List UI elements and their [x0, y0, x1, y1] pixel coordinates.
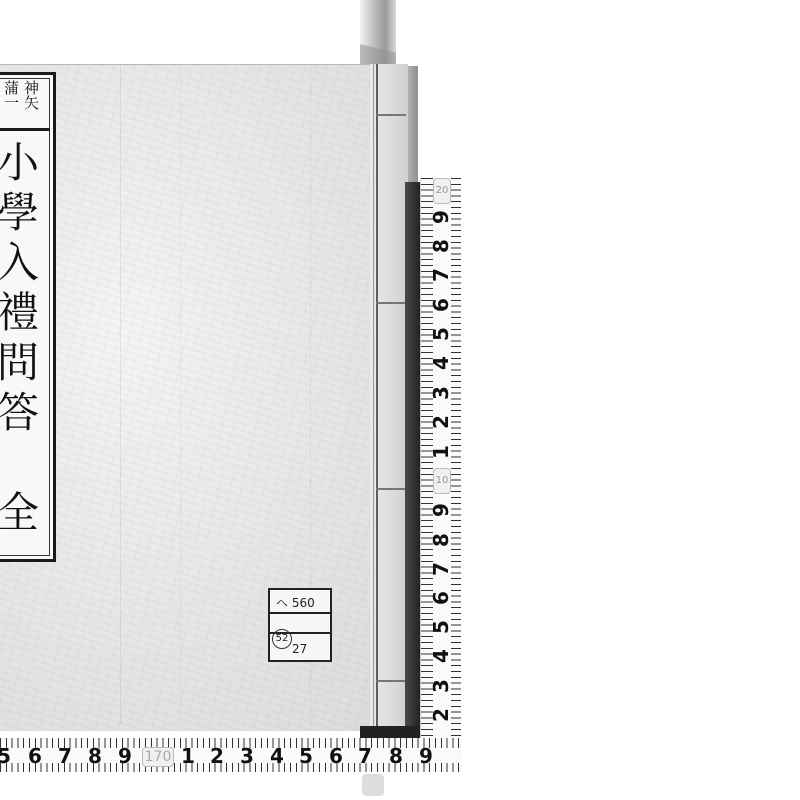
cover-crease	[180, 64, 181, 724]
vertical-ruler: 20 9 8 7 6 5 4 3 2 1 10 9 8 7 6 5 4 3 2	[420, 178, 461, 740]
paper-smudge	[362, 774, 384, 796]
ruler-label: 8	[431, 236, 451, 256]
ruler-label: 5	[431, 324, 451, 344]
volume-number: 27	[292, 642, 307, 656]
binding-line	[376, 64, 378, 728]
ruler-label: 2	[431, 412, 451, 432]
ruler-label: 6	[326, 747, 346, 765]
binding-stitch	[376, 488, 406, 490]
book-title-suffix: 全	[0, 490, 38, 540]
ruler-label: 7	[431, 559, 451, 579]
library-label: ヘ 560 52 27	[268, 588, 332, 662]
ruler-label: 2	[207, 747, 227, 765]
ruler-label: 7	[431, 265, 451, 285]
ruler-label: 6	[431, 295, 451, 315]
ruler-label: 7	[355, 747, 375, 765]
ruler-label: 8	[386, 747, 406, 765]
book-cover	[0, 64, 408, 731]
cover-crease	[120, 64, 121, 724]
ruler-label: 1	[431, 442, 451, 462]
binding-stitch	[376, 114, 406, 116]
circle-stamp: 52	[272, 629, 292, 649]
ruler-label: 3	[431, 383, 451, 403]
ruler-label: 4	[431, 646, 451, 666]
binding-stitch	[376, 302, 406, 304]
book-shadow	[360, 726, 422, 738]
title-slip-small-label: 神矢	[22, 80, 40, 110]
ruler-label: 9	[431, 500, 451, 520]
ruler-label: 8	[431, 530, 451, 550]
ruler-label: 4	[431, 353, 451, 373]
ruler-label: 1	[178, 747, 198, 765]
call-number: ヘ 560	[276, 594, 315, 611]
ruler-box-label: 10	[433, 468, 451, 494]
horizontal-ruler: 5 6 7 8 9 170 1 2 3 4 5 6 7 8 9	[0, 738, 462, 772]
ruler-label: 3	[431, 676, 451, 696]
ruler-label: 8	[85, 747, 105, 765]
ruler-label: 9	[416, 747, 436, 765]
ruler-box-label: 170	[142, 747, 174, 767]
book-shadow	[405, 182, 421, 730]
ruler-label: 3	[237, 747, 257, 765]
ruler-label: 6	[431, 588, 451, 608]
title-slip-small-label: 蒲一	[2, 80, 20, 110]
binding-stitch	[376, 680, 406, 682]
ruler-label: 9	[431, 207, 451, 227]
book-title: 小學入禮問答	[0, 140, 38, 440]
ruler-label: 2	[431, 705, 451, 725]
ruler-label: 7	[55, 747, 75, 765]
ruler-label: 4	[267, 747, 287, 765]
ruler-label: 5	[296, 747, 316, 765]
ruler-label: 9	[115, 747, 135, 765]
ruler-label: 5	[0, 747, 14, 765]
ruler-label: 5	[431, 617, 451, 637]
binding-line	[373, 64, 374, 728]
ruler-box-label: 20	[433, 178, 451, 204]
title-slip-divider	[0, 128, 50, 131]
ruler-label: 6	[25, 747, 45, 765]
